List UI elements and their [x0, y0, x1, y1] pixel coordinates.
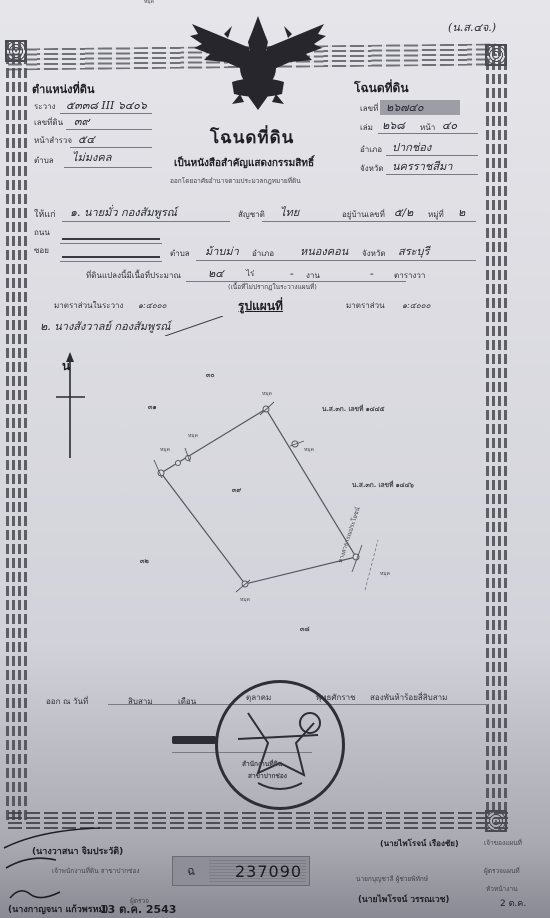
signature-date-2: 2 ต.ค. [500, 900, 526, 909]
issued-year: สองพันห้าร้อยสี่สิบสาม [370, 694, 447, 702]
neighbor-parcel-label: ๓๒ [140, 558, 149, 565]
serial-number-box: ฉ 237090 [172, 856, 310, 886]
signature-date-1: 13 ต.ค. 2543 [100, 904, 176, 915]
adjacent-parcel-note: น.ส.๓ก. เลขที่ ๑๔๔๕ [322, 406, 385, 413]
title-deed-page: (น.ส.๔จ.) ตำแหน่งที่ดิน ระวาง ๕๓๓๘ III ๖… [0, 0, 550, 918]
issued-on-label: ออก ณ วันที่ [46, 698, 88, 706]
serial-prefix: ฉ [187, 865, 195, 877]
official-2-name: (นางกาญจนา แก้วพรหม) [8, 906, 109, 915]
boundary-marker-label: หมุด [380, 572, 390, 577]
right-label-1: เจ้าของแผนที่ [484, 840, 522, 847]
seal-text-2: สาขาปากช่อง [248, 773, 287, 780]
official-1-name: (นางวาสนา จิมประวัติ) [32, 848, 123, 857]
neighbor-parcel-label: ๓๑ [148, 404, 157, 411]
official-4-name: (นายไพโรจน์ วรรณเวช) [358, 896, 449, 905]
parcel-number-label: ๓๙ [232, 487, 241, 494]
neighbor-parcel-label: ๓๘ [300, 626, 309, 633]
boundary-marker-label: หมุด [304, 448, 314, 453]
official-seal-stamp: สำนักงานที่ดิน สาขาปากช่อง [215, 680, 345, 810]
right-label-2: ผู้ตรวจแผนที่ [484, 868, 520, 875]
right-label-3: หัวหน้างาน [486, 886, 518, 893]
neighbor-parcel-label: ๓๐ [206, 372, 214, 379]
adjacent-parcel-note: น.ส.๓ก. เลขที่ ๑๔๔๖ [352, 482, 414, 489]
boundary-marker-label: หมุด [262, 392, 272, 397]
seal-text: สำนักงานที่ดิน [242, 761, 282, 768]
serial-number: 237090 [235, 864, 302, 880]
boundary-marker-label: หมุด [240, 598, 250, 603]
official-1-title: เจ้าพนักงานที่ดิน สาขาปากช่อง [52, 868, 140, 875]
boundary-marker-label: หมุด [144, 0, 154, 5]
official-signature [172, 736, 216, 744]
boundary-marker-label: หมุด [160, 448, 170, 453]
official-3-title: นายกบุญชาลี ผู้ช่วยพิทักษ์ [356, 876, 428, 883]
seal-emblem-icon [218, 683, 342, 807]
boundary-marker-label: หมุด [188, 434, 198, 439]
official-3-name: (นายไพโรจน์ เรืองชัย) [380, 840, 459, 848]
